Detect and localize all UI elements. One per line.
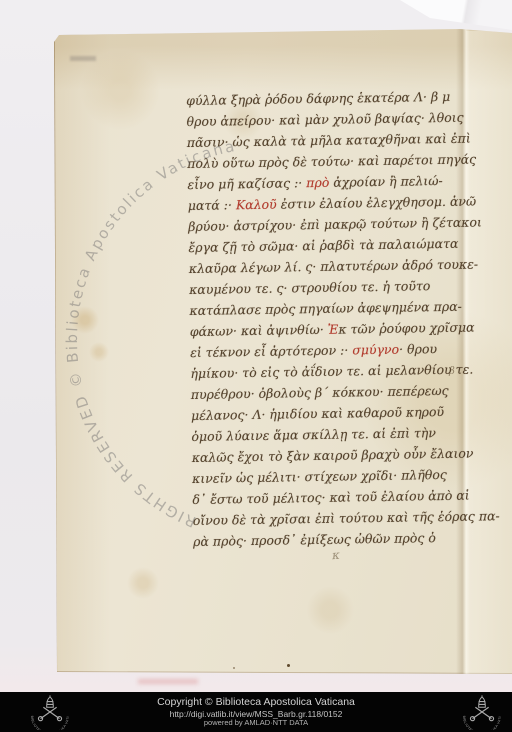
footer-text: Copyright © Biblioteca Apostolica Vatica…: [157, 696, 355, 727]
scan-artifact: [138, 679, 198, 684]
ink-text: θρου ἀπείρου· καὶ μὰν χυλοῦ βαψίας· λθοι…: [186, 110, 463, 129]
ink-text: ματά :·: [188, 197, 236, 213]
scanned-page-view: φύλλα ξηρὰ ῥόδου δάφνης ἑκατέρα Λ· β μθρ…: [0, 0, 512, 732]
ink-text: φύλλα ξηρὰ ῥόδου δάφνης ἑκατέρα Λ· β μ: [186, 89, 450, 108]
page-top-edge: [54, 26, 462, 35]
copyright-line: Copyright © Biblioteca Apostolica Vatica…: [157, 696, 355, 708]
rubric-text: πρὸ: [306, 175, 329, 190]
manuscript-text: φύλλα ξηρὰ ῥόδου δάφνης ἑκατέρα Λ· β μθρ…: [186, 86, 473, 552]
adjacent-leaf-edge: [466, 31, 512, 674]
vatican-library-logo-left: BIBLIOTECA APOSTOLICA VATICANA: [26, 694, 74, 730]
papal-tiara-icon: [47, 695, 54, 707]
ink-text: ὁμοῦ λύαινε ἅμα σκίλλῃ τε. αἱ ἐπὶ τὴν: [191, 425, 436, 444]
ink-text: ἔργα ζῇ τὸ σῶμα· αἱ ῥαβδὶ τὰ παλαιώματα: [188, 236, 458, 255]
ink-text: βρύου· ἀστρίχου· ἐπὶ μακρῷ τούτων ἢ ζέτα…: [188, 214, 482, 234]
ink-text: δ᾽ ἔστω τοῦ μέλιτος· καὶ τοῦ ἐλαίου ἀπὸ …: [192, 488, 469, 507]
papal-tiara-icon: [479, 695, 486, 707]
ink-speck: [287, 664, 290, 667]
page-bottom-edge: [56, 671, 512, 675]
vatican-library-logo-right: BIBLIOTECA APOSTOLICA VATICANA: [458, 694, 506, 730]
powered-by-line: powered by AMLAD·NTT DATA: [157, 719, 355, 728]
ink-text: κινεῖν ὡς μέλιτι· στίχεων χρῖδι· πλῆθος: [192, 467, 447, 486]
ink-text: φάκων· καὶ ἀψινθίω·: [190, 322, 328, 339]
ink-text: εἶνο μῆ καζίσας :·: [187, 175, 306, 192]
ink-text: κλαῦρα λέγων λί. ς· πλατυτέρων ἀδρό τουκ…: [189, 256, 479, 276]
ink-text: οἴνου δὲ τὰ χρῖσαι ἐπὶ τούτου καὶ τῆς ἑό…: [193, 508, 500, 528]
ink-text: κατάπλασε πρὸς πηγαίων ἀφεψημένα πρα-: [189, 299, 462, 318]
rubric-text: σμύγνο: [352, 342, 399, 358]
marginal-note: β: [449, 366, 455, 377]
ink-text: πυρέθρου· ὀβολοὺς β΄ κόκκου· πεπέρεως: [191, 383, 449, 402]
catchword-mark: κ: [332, 548, 341, 563]
ink-text: · θρου: [399, 341, 437, 357]
ink-text: πᾶσιν· ὡς καλὰ τὰ μῆλα καταχθῆναι καὶ ἐπ…: [187, 131, 471, 150]
ink-text: πολὺ οὕτω πρὸς δὲ τούτω· καὶ παρέτοι πηγ…: [187, 151, 476, 171]
ink-text: ἐστιν ἐλαίου ἐλεγχθησομ. ἁνῶ: [277, 193, 477, 211]
ink-text: καλῶς ἔχοι τὸ ξὰν καιροῦ βραχὺ οὖν ἔλαιο…: [192, 446, 474, 465]
ink-speck: [233, 667, 235, 669]
ink-text: εἰ τέκνον εἶ ἀρτότερον :·: [190, 342, 352, 360]
ink-text: καυμένου τε. ς· στρουθίου τε. ἡ τοῦτο: [189, 278, 430, 297]
ink-text: ἀχροίαν ἢ πελιώ-: [329, 173, 443, 190]
background-sheet-fold: [400, 0, 512, 34]
crossed-keys-icon: [38, 707, 61, 720]
manuscript-page: φύλλα ξηρὰ ῥόδου δάφνης ἑκατέρα Λ· β μθρ…: [0, 0, 512, 732]
ink-text: ἡμίκου· τὸ εἰς τὸ ἀΐδιον τε. αἱ μελανθίο…: [190, 362, 473, 381]
rubric-text: Καλοῦ: [236, 197, 277, 213]
ink-text: μέλανος· Λ· ἡμιδίου καὶ καθαροῦ κηροῦ: [191, 404, 444, 423]
crossed-keys-icon: [470, 707, 493, 720]
page-left-edge: [53, 38, 57, 672]
ink-text: ρὰ πρὸς· προσδ᾽ ἐμίξεως ὠθῶν πρὸς ὁ: [193, 530, 436, 549]
footer-bar: BIBLIOTECA APOSTOLICA VATICANA Copyright…: [0, 692, 512, 732]
rubric-text: Ἐ: [328, 322, 339, 337]
ink-text: κ τῶν ῥούφου χρῖσμα: [338, 319, 474, 336]
pencil-smudge: [70, 56, 96, 61]
